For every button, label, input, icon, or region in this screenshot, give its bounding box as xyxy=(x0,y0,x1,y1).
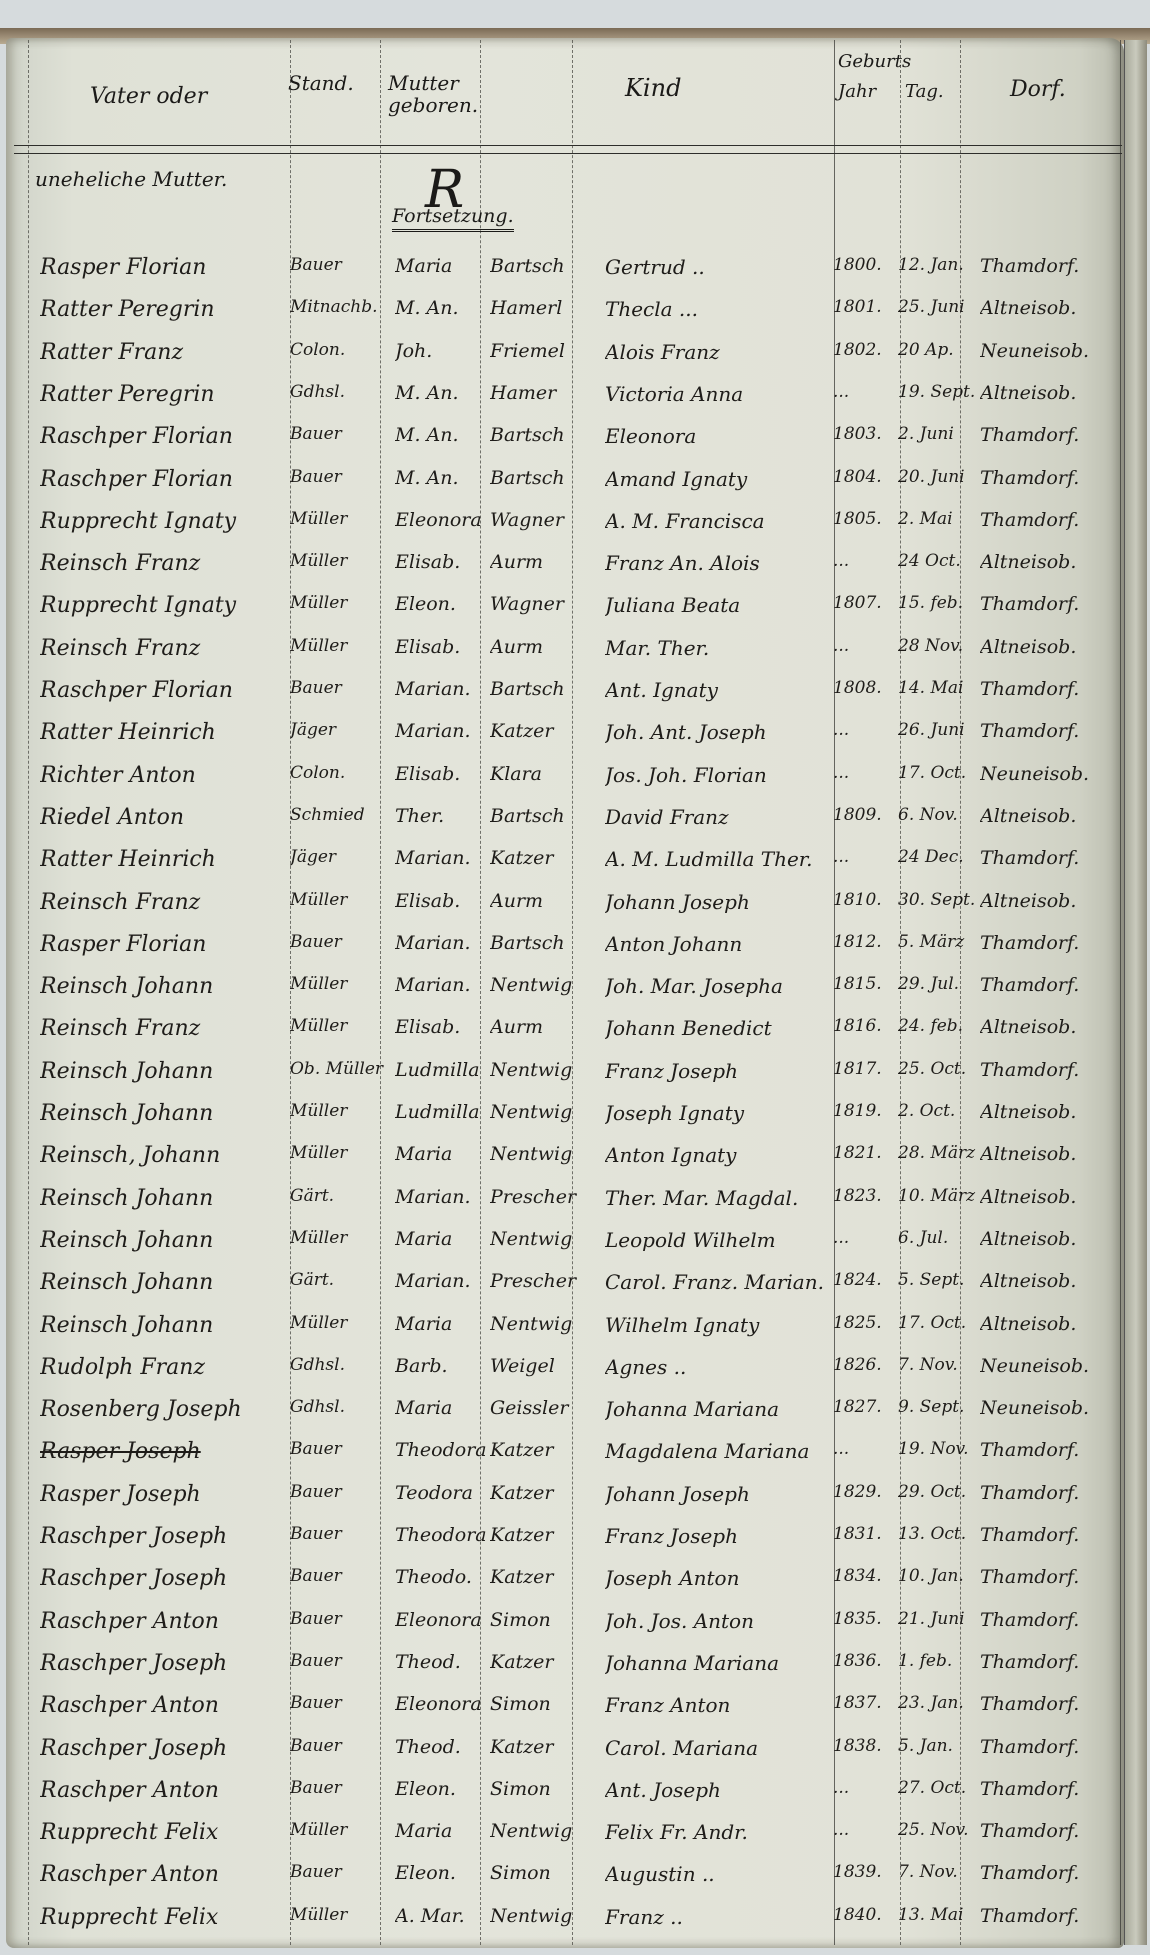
birth-date: 19. Sept. xyxy=(898,382,976,402)
birth-year: 1810. xyxy=(833,890,895,910)
mother-maiden-name: Hamer xyxy=(490,382,600,404)
birth-year: 1829. xyxy=(833,1482,895,1502)
village: Thamdorf. xyxy=(980,1651,1120,1673)
father-name: Ratter Peregrin xyxy=(40,382,290,407)
birth-year: 1826. xyxy=(833,1355,895,1375)
birth-date: 13. Oct. xyxy=(898,1524,976,1544)
mother-maiden-name: Hamerl xyxy=(490,297,600,319)
mother-maiden-name: Prescher xyxy=(490,1270,600,1292)
child-name: Alois Franz xyxy=(605,340,835,364)
register-row: Reinsch JohannMüllerLudmillaNentwigJosep… xyxy=(0,1101,1150,1143)
father-name: Raschper Florian xyxy=(40,424,290,449)
village: Altneisob. xyxy=(980,297,1120,319)
child-name: Franz Anton xyxy=(605,1693,835,1717)
mother-first-name: M. An. xyxy=(395,467,495,489)
child-name: Carol. Mariana xyxy=(605,1736,835,1760)
child-name: Johann Joseph xyxy=(605,1482,835,1506)
village: Thamdorf. xyxy=(980,1609,1120,1631)
father-occupation: Müller xyxy=(290,974,395,994)
mother-maiden-name: Aurm xyxy=(490,890,600,912)
village: Thamdorf. xyxy=(980,932,1120,954)
register-row: Reinsch JohannMüllerMariaNentwigWilhelm … xyxy=(0,1313,1150,1355)
mother-maiden-name: Bartsch xyxy=(490,255,600,277)
birth-year: ... xyxy=(833,1820,895,1840)
father-occupation: Bauer xyxy=(290,1524,395,1544)
village: Thamdorf. xyxy=(980,1862,1120,1884)
birth-date: 24. feb. xyxy=(898,1016,976,1036)
father-occupation: Müller xyxy=(290,1143,395,1163)
birth-date: 9. Sept. xyxy=(898,1397,976,1417)
child-name: Victoria Anna xyxy=(605,382,835,406)
child-name: Juliana Beata xyxy=(605,593,835,617)
village: Thamdorf. xyxy=(980,1778,1120,1800)
child-name: Johann Joseph xyxy=(605,890,835,914)
mother-maiden-name: Simon xyxy=(490,1862,600,1884)
birth-year: ... xyxy=(833,1228,895,1248)
birth-date: 10. Jan. xyxy=(898,1566,976,1586)
register-row: Reinsch JohannGärt.Marian.PrescherCarol.… xyxy=(0,1270,1150,1312)
mother-maiden-name: Nentwig xyxy=(490,1905,600,1927)
birth-year: 1823. xyxy=(833,1186,895,1206)
child-name: Wilhelm Ignaty xyxy=(605,1313,835,1337)
birth-date: 5. März xyxy=(898,932,976,952)
village: Altneisob. xyxy=(980,1270,1120,1292)
birth-year: 1816. xyxy=(833,1016,895,1036)
village: Thamdorf. xyxy=(980,424,1120,446)
child-name: Carol. Franz. Marian. xyxy=(605,1270,835,1294)
birth-date: 17. Oct. xyxy=(898,1313,976,1333)
birth-date: 2. Juni xyxy=(898,424,976,444)
birth-date: 7. Nov. xyxy=(898,1355,976,1375)
father-name: Raschper Anton xyxy=(40,1609,290,1634)
register-row: Raschper AntonBauerEleon.SimonAugustin .… xyxy=(0,1862,1150,1904)
village: Neuneisob. xyxy=(980,1355,1120,1377)
register-row: Raschper FlorianBauerM. An.BartschEleono… xyxy=(0,424,1150,466)
register-row: Rasper FlorianBauerMarian.BartschAnton J… xyxy=(0,932,1150,974)
register-row: Raschper FlorianBauerM. An.BartschAmand … xyxy=(0,467,1150,509)
birth-year: 1835. xyxy=(833,1609,895,1629)
mother-maiden-name: Nentwig xyxy=(490,974,600,996)
register-row: Riedel AntonSchmiedTher.BartschDavid Fra… xyxy=(0,805,1150,847)
birth-date: 10. März xyxy=(898,1186,976,1206)
father-name: Raschper Anton xyxy=(40,1862,290,1887)
mother-first-name: M. An. xyxy=(395,297,495,319)
register-row: Ratter HeinrichJägerMarian.KatzerA. M. L… xyxy=(0,847,1150,889)
father-occupation: Bauer xyxy=(290,467,395,487)
father-occupation: Müller xyxy=(290,593,395,613)
father-occupation: Müller xyxy=(290,509,395,529)
father-name: Reinsch Johann xyxy=(40,1313,290,1338)
birth-year: ... xyxy=(833,763,895,783)
birth-year: ... xyxy=(833,847,895,867)
father-occupation: Bauer xyxy=(290,1651,395,1671)
village: Altneisob. xyxy=(980,1313,1120,1335)
birth-date: 20 Ap. xyxy=(898,340,976,360)
mother-maiden-name: Aurm xyxy=(490,636,600,658)
mother-maiden-name: Nentwig xyxy=(490,1820,600,1842)
father-name: Raschper Florian xyxy=(40,678,290,703)
village: Thamdorf. xyxy=(980,1693,1120,1715)
father-occupation: Colon. xyxy=(290,763,395,783)
birth-year: 1838. xyxy=(833,1736,895,1756)
birth-year: 1817. xyxy=(833,1059,895,1079)
register-row: Rupprecht FelixMüllerMariaNentwigFelix F… xyxy=(0,1820,1150,1862)
child-name: Ant. Ignaty xyxy=(605,678,835,702)
birth-year: 1800. xyxy=(833,255,895,275)
father-name: Rasper Joseph xyxy=(40,1439,290,1464)
mother-maiden-name: Katzer xyxy=(490,1524,600,1546)
header-stand: Stand. xyxy=(288,72,354,94)
village: Thamdorf. xyxy=(980,720,1120,742)
birth-year: 1802. xyxy=(833,340,895,360)
header-rule xyxy=(14,145,1122,146)
mother-maiden-name: Nentwig xyxy=(490,1101,600,1123)
mother-first-name: Marian. xyxy=(395,720,495,742)
mother-first-name: Elisab. xyxy=(395,890,495,912)
village: Thamdorf. xyxy=(980,678,1120,700)
father-name: Rupprecht Felix xyxy=(40,1820,290,1845)
child-name: Johanna Mariana xyxy=(605,1397,835,1421)
mother-maiden-name: Katzer xyxy=(490,1736,600,1758)
father-name: Rupprecht Ignaty xyxy=(40,509,290,534)
birth-date: 25. Nov. xyxy=(898,1820,976,1840)
father-name: Reinsch Johann xyxy=(40,1186,290,1211)
register-row: Raschper AntonBauerEleonoraSimonFranz An… xyxy=(0,1693,1150,1735)
father-name: Raschper Joseph xyxy=(40,1524,290,1549)
father-name: Ratter Franz xyxy=(40,340,290,365)
register-row: Reinsch JohannMüllerMarian.NentwigJoh. M… xyxy=(0,974,1150,1016)
father-name: Rupprecht Felix xyxy=(40,1905,290,1930)
village: Thamdorf. xyxy=(980,509,1120,531)
child-name: Leopold Wilhelm xyxy=(605,1228,835,1252)
section-subtitle: Fortsetzung. xyxy=(392,205,514,232)
father-occupation: Mitnachb. xyxy=(290,297,395,317)
village: Thamdorf. xyxy=(980,1524,1120,1546)
village: Altneisob. xyxy=(980,890,1120,912)
child-name: Johann Benedict xyxy=(605,1016,835,1040)
mother-maiden-name: Weigel xyxy=(490,1355,600,1377)
register-row: Reinsch JohannMüllerMariaNentwigLeopold … xyxy=(0,1228,1150,1270)
village: Thamdorf. xyxy=(980,593,1120,615)
father-occupation: Bauer xyxy=(290,1862,395,1882)
birth-date: 27. Oct. xyxy=(898,1778,976,1798)
village: Altneisob. xyxy=(980,1143,1120,1165)
header-birth-day: Tag. xyxy=(905,82,944,102)
mother-maiden-name: Friemel xyxy=(490,340,600,362)
mother-maiden-name: Nentwig xyxy=(490,1143,600,1165)
village: Thamdorf. xyxy=(980,1820,1120,1842)
register-row: Reinsch JohannOb. MüllerLudmillaNentwigF… xyxy=(0,1059,1150,1101)
father-name: Richter Anton xyxy=(40,763,290,788)
father-occupation: Bauer xyxy=(290,1693,395,1713)
birth-year: ... xyxy=(833,1778,895,1798)
father-occupation: Müller xyxy=(290,1820,395,1840)
header-father-cont: uneheliche Mutter. xyxy=(35,168,227,190)
father-name: Reinsch Franz xyxy=(40,551,290,576)
birth-date: 25. Oct. xyxy=(898,1059,976,1079)
birth-year: 1819. xyxy=(833,1101,895,1121)
birth-year: ... xyxy=(833,636,895,656)
mother-maiden-name: Katzer xyxy=(490,1566,600,1588)
mother-first-name: Maria xyxy=(395,1397,495,1419)
register-row: Raschper FlorianBauerMarian.BartschAnt. … xyxy=(0,678,1150,720)
register-row: Reinsch FranzMüllerElisab.AurmMar. Ther.… xyxy=(0,636,1150,678)
father-name: Riedel Anton xyxy=(40,805,290,830)
birth-year: 1824. xyxy=(833,1270,895,1290)
birth-date: 2. Mai xyxy=(898,509,976,529)
header-mother: Mutter geboren. xyxy=(388,72,538,116)
register-row: Raschper JosephBauerTheod.KatzerCarol. M… xyxy=(0,1736,1150,1778)
child-name: Thecla ... xyxy=(605,297,835,321)
village: Thamdorf. xyxy=(980,1439,1120,1461)
mother-first-name: Marian. xyxy=(395,974,495,996)
birth-date: 29. Oct. xyxy=(898,1482,976,1502)
village: Altneisob. xyxy=(980,1101,1120,1123)
father-occupation: Müller xyxy=(290,1228,395,1248)
mother-maiden-name: Simon xyxy=(490,1778,600,1800)
birth-date: 25. Juni xyxy=(898,297,976,317)
father-occupation: Gdhsl. xyxy=(290,382,395,402)
register-row: Rupprecht IgnatyMüllerEleonoraWagnerA. M… xyxy=(0,509,1150,551)
register-row: Richter AntonColon.Elisab.KlaraJos. Joh.… xyxy=(0,763,1150,805)
birth-year: 1812. xyxy=(833,932,895,952)
mother-maiden-name: Bartsch xyxy=(490,678,600,700)
mother-maiden-name: Simon xyxy=(490,1609,600,1631)
mother-maiden-name: Bartsch xyxy=(490,467,600,489)
mother-first-name: Ludmilla xyxy=(395,1059,495,1081)
mother-first-name: Theodora xyxy=(395,1439,495,1461)
mother-first-name: Maria xyxy=(395,1313,495,1335)
village: Neuneisob. xyxy=(980,763,1120,785)
birth-date: 5. Sept. xyxy=(898,1270,976,1290)
child-name: Franz An. Alois xyxy=(605,551,835,575)
birth-date: 12. Jan. xyxy=(898,255,976,275)
child-name: David Franz xyxy=(605,805,835,829)
child-name: Joseph Anton xyxy=(605,1566,835,1590)
father-occupation: Bauer xyxy=(290,932,395,952)
village: Altneisob. xyxy=(980,1016,1120,1038)
mother-first-name: Marian. xyxy=(395,678,495,700)
birth-year: 1821. xyxy=(833,1143,895,1163)
register-row: Raschper JosephBauerTheodoraKatzerFranz … xyxy=(0,1524,1150,1566)
mother-maiden-name: Wagner xyxy=(490,593,600,615)
village: Altneisob. xyxy=(980,636,1120,658)
birth-date: 28. März xyxy=(898,1143,976,1163)
birth-date: 5. Jan. xyxy=(898,1736,976,1756)
village: Altneisob. xyxy=(980,805,1120,827)
birth-date: 26. Juni xyxy=(898,720,976,740)
village: Altneisob. xyxy=(980,1228,1120,1250)
mother-first-name: Eleon. xyxy=(395,593,495,615)
mother-first-name: Elisab. xyxy=(395,1016,495,1038)
register-row: Rasper FlorianBauerMariaBartschGertrud .… xyxy=(0,255,1150,297)
village: Thamdorf. xyxy=(980,1566,1120,1588)
mother-first-name: Eleonora xyxy=(395,509,495,531)
father-name: Reinsch Franz xyxy=(40,890,290,915)
mother-first-name: A. Mar. xyxy=(395,1905,495,1927)
mother-maiden-name: Nentwig xyxy=(490,1059,600,1081)
mother-first-name: Theod. xyxy=(395,1651,495,1673)
birth-date: 2. Oct. xyxy=(898,1101,976,1121)
register-row: Ratter FranzColon.Joh.FriemelAlois Franz… xyxy=(0,340,1150,382)
birth-date: 1. feb. xyxy=(898,1651,976,1671)
child-name: Eleonora xyxy=(605,424,835,448)
register-row: Reinsch FranzMüllerElisab.AurmFranz An. … xyxy=(0,551,1150,593)
child-name: Anton Ignaty xyxy=(605,1143,835,1167)
birth-date: 17. Oct. xyxy=(898,763,976,783)
birth-date: 15. feb. xyxy=(898,593,976,613)
register-row: Reinsch FranzMüllerElisab.AurmJohann Jos… xyxy=(0,890,1150,932)
father-occupation: Bauer xyxy=(290,424,395,444)
child-name: Franz Joseph xyxy=(605,1524,835,1548)
father-name: Ratter Heinrich xyxy=(40,720,290,745)
village: Thamdorf. xyxy=(980,847,1120,869)
header-birth: Geburts xyxy=(838,52,911,72)
father-name: Ratter Heinrich xyxy=(40,847,290,872)
father-occupation: Colon. xyxy=(290,340,395,360)
mother-first-name: M. An. xyxy=(395,424,495,446)
mother-maiden-name: Geissler xyxy=(490,1397,600,1419)
child-name: Agnes .. xyxy=(605,1355,835,1379)
father-occupation: Bauer xyxy=(290,1736,395,1756)
father-name: Reinsch Johann xyxy=(40,1059,290,1084)
register-row: Raschper AntonBauerEleon.SimonAnt. Josep… xyxy=(0,1778,1150,1820)
father-name: Rasper Florian xyxy=(40,932,290,957)
father-name: Reinsch, Johann xyxy=(40,1143,290,1168)
child-name: Johanna Mariana xyxy=(605,1651,835,1675)
birth-year: 1809. xyxy=(833,805,895,825)
child-name: Magdalena Mariana xyxy=(605,1439,835,1463)
village: Thamdorf. xyxy=(980,1059,1120,1081)
birth-date: 24 Dec. xyxy=(898,847,976,867)
mother-first-name: Theodora xyxy=(395,1524,495,1546)
child-name: Franz .. xyxy=(605,1905,835,1929)
register-row: Raschper AntonBauerEleonoraSimonJoh. Jos… xyxy=(0,1609,1150,1651)
child-name: Felix Fr. Andr. xyxy=(605,1820,835,1844)
birth-date: 29. Jul. xyxy=(898,974,976,994)
child-name: A. M. Ludmilla Ther. xyxy=(605,847,835,871)
child-name: Gertrud .. xyxy=(605,255,835,279)
birth-year: 1803. xyxy=(833,424,895,444)
birth-year: 1825. xyxy=(833,1313,895,1333)
mother-first-name: Ludmilla xyxy=(395,1101,495,1123)
birth-year: 1839. xyxy=(833,1862,895,1882)
mother-maiden-name: Nentwig xyxy=(490,1313,600,1335)
village: Altneisob. xyxy=(980,551,1120,573)
register-row: Rasper JosephBauerTheodoraKatzerMagdalen… xyxy=(0,1439,1150,1481)
register-row: Rudolph FranzGdhsl.Barb.WeigelAgnes ..18… xyxy=(0,1355,1150,1397)
village: Thamdorf. xyxy=(980,974,1120,996)
birth-date: 6. Nov. xyxy=(898,805,976,825)
village: Thamdorf. xyxy=(980,467,1120,489)
child-name: Amand Ignaty xyxy=(605,467,835,491)
village: Neuneisob. xyxy=(980,1397,1120,1419)
mother-first-name: Ther. xyxy=(395,805,495,827)
birth-year: 1834. xyxy=(833,1566,895,1586)
birth-date: 21. Juni xyxy=(898,1609,976,1629)
father-occupation: Gdhsl. xyxy=(290,1397,395,1417)
register-row: Ratter PeregrinMitnachb.M. An.HamerlThec… xyxy=(0,297,1150,339)
birth-year: ... xyxy=(833,551,895,571)
mother-first-name: Eleonora xyxy=(395,1693,495,1715)
birth-year: 1801. xyxy=(833,297,895,317)
mother-maiden-name: Aurm xyxy=(490,1016,600,1038)
mother-first-name: Maria xyxy=(395,1143,495,1165)
register-row: Ratter HeinrichJägerMarian.KatzerJoh. An… xyxy=(0,720,1150,762)
birth-date: 24 Oct. xyxy=(898,551,976,571)
mother-first-name: Barb. xyxy=(395,1355,495,1377)
birth-date: 28 Nov. xyxy=(898,636,976,656)
mother-first-name: Eleon. xyxy=(395,1778,495,1800)
father-name: Ratter Peregrin xyxy=(40,297,290,322)
register-row: Rasper JosephBauerTeodoraKatzerJohann Jo… xyxy=(0,1482,1150,1524)
father-occupation: Gärt. xyxy=(290,1270,395,1290)
mother-first-name: Maria xyxy=(395,1820,495,1842)
register-row: Raschper JosephBauerTheod.KatzerJohanna … xyxy=(0,1651,1150,1693)
village: Thamdorf. xyxy=(980,255,1120,277)
father-name: Rupprecht Ignaty xyxy=(40,593,290,618)
mother-first-name: M. An. xyxy=(395,382,495,404)
father-occupation: Müller xyxy=(290,636,395,656)
mother-maiden-name: Bartsch xyxy=(490,805,600,827)
mother-maiden-name: Simon xyxy=(490,1693,600,1715)
father-name: Reinsch Johann xyxy=(40,1270,290,1295)
birth-year: 1837. xyxy=(833,1693,895,1713)
mother-first-name: Elisab. xyxy=(395,551,495,573)
father-name: Raschper Joseph xyxy=(40,1736,290,1761)
mother-first-name: Joh. xyxy=(395,340,495,362)
father-occupation: Gdhsl. xyxy=(290,1355,395,1375)
father-name: Rasper Joseph xyxy=(40,1482,290,1507)
mother-first-name: Marian. xyxy=(395,1186,495,1208)
birth-date: 7. Nov. xyxy=(898,1862,976,1882)
mother-maiden-name: Katzer xyxy=(490,1651,600,1673)
father-name: Raschper Anton xyxy=(40,1778,290,1803)
child-name: A. M. Francisca xyxy=(605,509,835,533)
mother-maiden-name: Katzer xyxy=(490,1439,600,1461)
father-occupation: Jäger xyxy=(290,720,395,740)
birth-date: 20. Juni xyxy=(898,467,976,487)
father-name: Raschper Joseph xyxy=(40,1566,290,1591)
father-name: Reinsch Franz xyxy=(40,1016,290,1041)
father-occupation: Müller xyxy=(290,890,395,910)
father-occupation: Müller xyxy=(290,551,395,571)
child-name: Joh. Jos. Anton xyxy=(605,1609,835,1633)
birth-year: 1831. xyxy=(833,1524,895,1544)
child-name: Augustin .. xyxy=(605,1862,835,1886)
header-village: Dorf. xyxy=(1010,78,1066,102)
mother-first-name: Eleonora xyxy=(395,1609,495,1631)
mother-maiden-name: Wagner xyxy=(490,509,600,531)
register-row: Reinsch FranzMüllerElisab.AurmJohann Ben… xyxy=(0,1016,1150,1058)
header-birth-year: Jahr xyxy=(838,82,876,102)
father-occupation: Müller xyxy=(290,1905,395,1925)
birth-date: 14. Mai xyxy=(898,678,976,698)
header-child: Kind xyxy=(625,75,681,101)
mother-maiden-name: Aurm xyxy=(490,551,600,573)
father-occupation: Müller xyxy=(290,1016,395,1036)
mother-maiden-name: Katzer xyxy=(490,1482,600,1504)
village: Thamdorf. xyxy=(980,1736,1120,1758)
mother-first-name: Theod. xyxy=(395,1736,495,1758)
mother-first-name: Marian. xyxy=(395,847,495,869)
birth-year: 1827. xyxy=(833,1397,895,1417)
child-name: Ther. Mar. Magdal. xyxy=(605,1186,835,1210)
mother-maiden-name: Katzer xyxy=(490,847,600,869)
father-occupation: Bauer xyxy=(290,1482,395,1502)
mother-first-name: Maria xyxy=(395,1228,495,1250)
register-row: Raschper JosephBauerTheodo.KatzerJoseph … xyxy=(0,1566,1150,1608)
